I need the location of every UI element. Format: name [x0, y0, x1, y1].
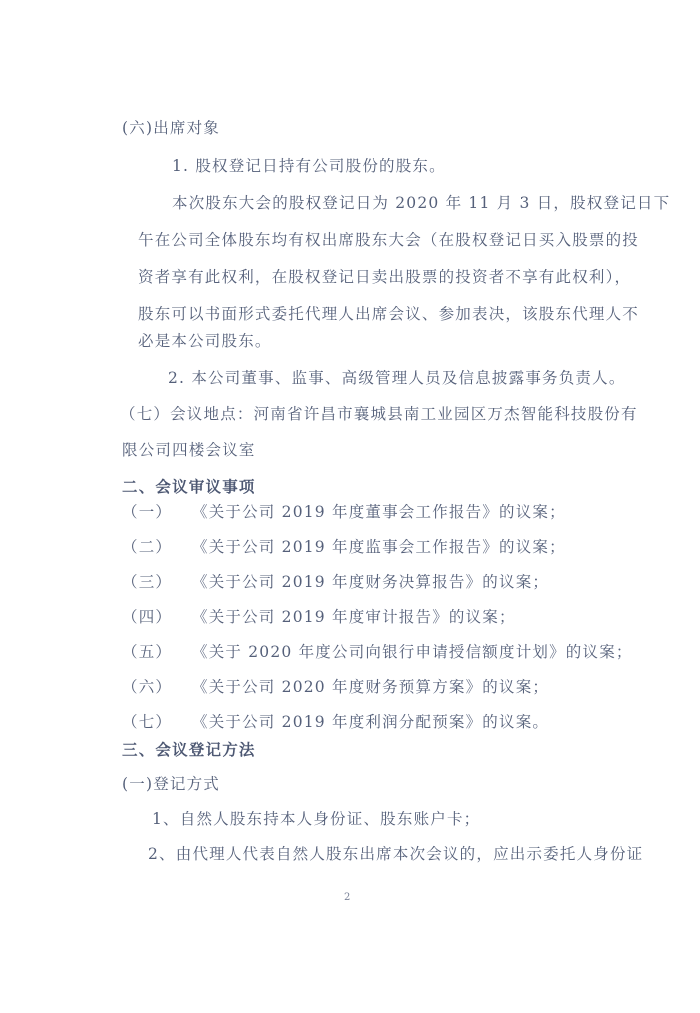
agenda-item-number: （二） — [122, 535, 192, 557]
paragraph-line: 股东可以书面形式委托代理人出席会议、参加表决，该股东代理人不 — [138, 302, 639, 324]
paragraph-line: 资者享有此权利，在股权登记日卖出股票的投资者不享有此权利）， — [138, 265, 631, 287]
section-heading: 二、会议审议事项 — [122, 475, 256, 497]
agenda-item-text: 《关于公司 2019 年度董事会工作报告》的议案； — [192, 503, 566, 521]
paragraph-line: 必是本公司股东。 — [138, 329, 272, 351]
paragraph-line: 本次股东大会的股权登记日为 2020 年 11 月 3 日，股权登记日下 — [172, 191, 670, 213]
agenda-item-text: 《关于公司 2019 年度财务决算报告》的议案； — [192, 573, 549, 591]
agenda-item: （六）《关于公司 2020 年度财务预算方案》的议案； — [122, 675, 549, 697]
agenda-item-text: 《关于 2020 年度公司向银行申请授信额度计划》的议案； — [192, 643, 633, 661]
agenda-item-text: 《关于公司 2019 年度监事会工作报告》的议案； — [192, 538, 566, 556]
page-number: 2 — [344, 892, 350, 903]
agenda-item-number: （七） — [122, 710, 192, 732]
paragraph-line: (六)出席对象 — [122, 116, 220, 138]
paragraph-line: 限公司四楼会议室 — [122, 438, 256, 460]
agenda-item-number: （六） — [122, 675, 192, 697]
paragraph-line: (一)登记方式 — [122, 772, 220, 794]
paragraph-line: 2、由代理人代表自然人股东出席本次会议的，应出示委托人身份证 — [148, 842, 643, 864]
agenda-item-number: （四） — [122, 605, 192, 627]
section-heading: 三、会议登记方法 — [122, 738, 256, 760]
agenda-item-number: （一） — [122, 500, 192, 522]
agenda-item: （二）《关于公司 2019 年度监事会工作报告》的议案； — [122, 535, 566, 557]
agenda-item-text: 《关于公司 2019 年度审计报告》的议案； — [192, 608, 516, 626]
agenda-item: （三）《关于公司 2019 年度财务决算报告》的议案； — [122, 570, 549, 592]
agenda-item-number: （五） — [122, 640, 192, 662]
paragraph-line: 1、自然人股东持本人身份证、股东账户卡； — [152, 807, 480, 829]
agenda-item-text: 《关于公司 2019 年度利润分配预案》的议案。 — [192, 713, 549, 731]
paragraph-line: 2. 本公司董事、监事、高级管理人员及信息披露事务负责人。 — [168, 366, 626, 388]
paragraph-line: 午在公司全体股东均有权出席股东大会（在股权登记日买入股票的投 — [138, 228, 639, 250]
agenda-item-text: 《关于公司 2020 年度财务预算方案》的议案； — [192, 678, 549, 696]
paragraph-line: 1. 股权登记日持有公司股份的股东。 — [172, 154, 446, 176]
agenda-item: （五）《关于 2020 年度公司向银行申请授信额度计划》的议案； — [122, 640, 633, 662]
agenda-item: （四）《关于公司 2019 年度审计报告》的议案； — [122, 605, 516, 627]
agenda-item: （七）《关于公司 2019 年度利润分配预案》的议案。 — [122, 710, 549, 732]
paragraph-line: （七）会议地点：河南省许昌市襄城县南工业园区万杰智能科技股份有 — [120, 402, 638, 424]
agenda-item: （一）《关于公司 2019 年度董事会工作报告》的议案； — [122, 500, 566, 522]
agenda-item-number: （三） — [122, 570, 192, 592]
